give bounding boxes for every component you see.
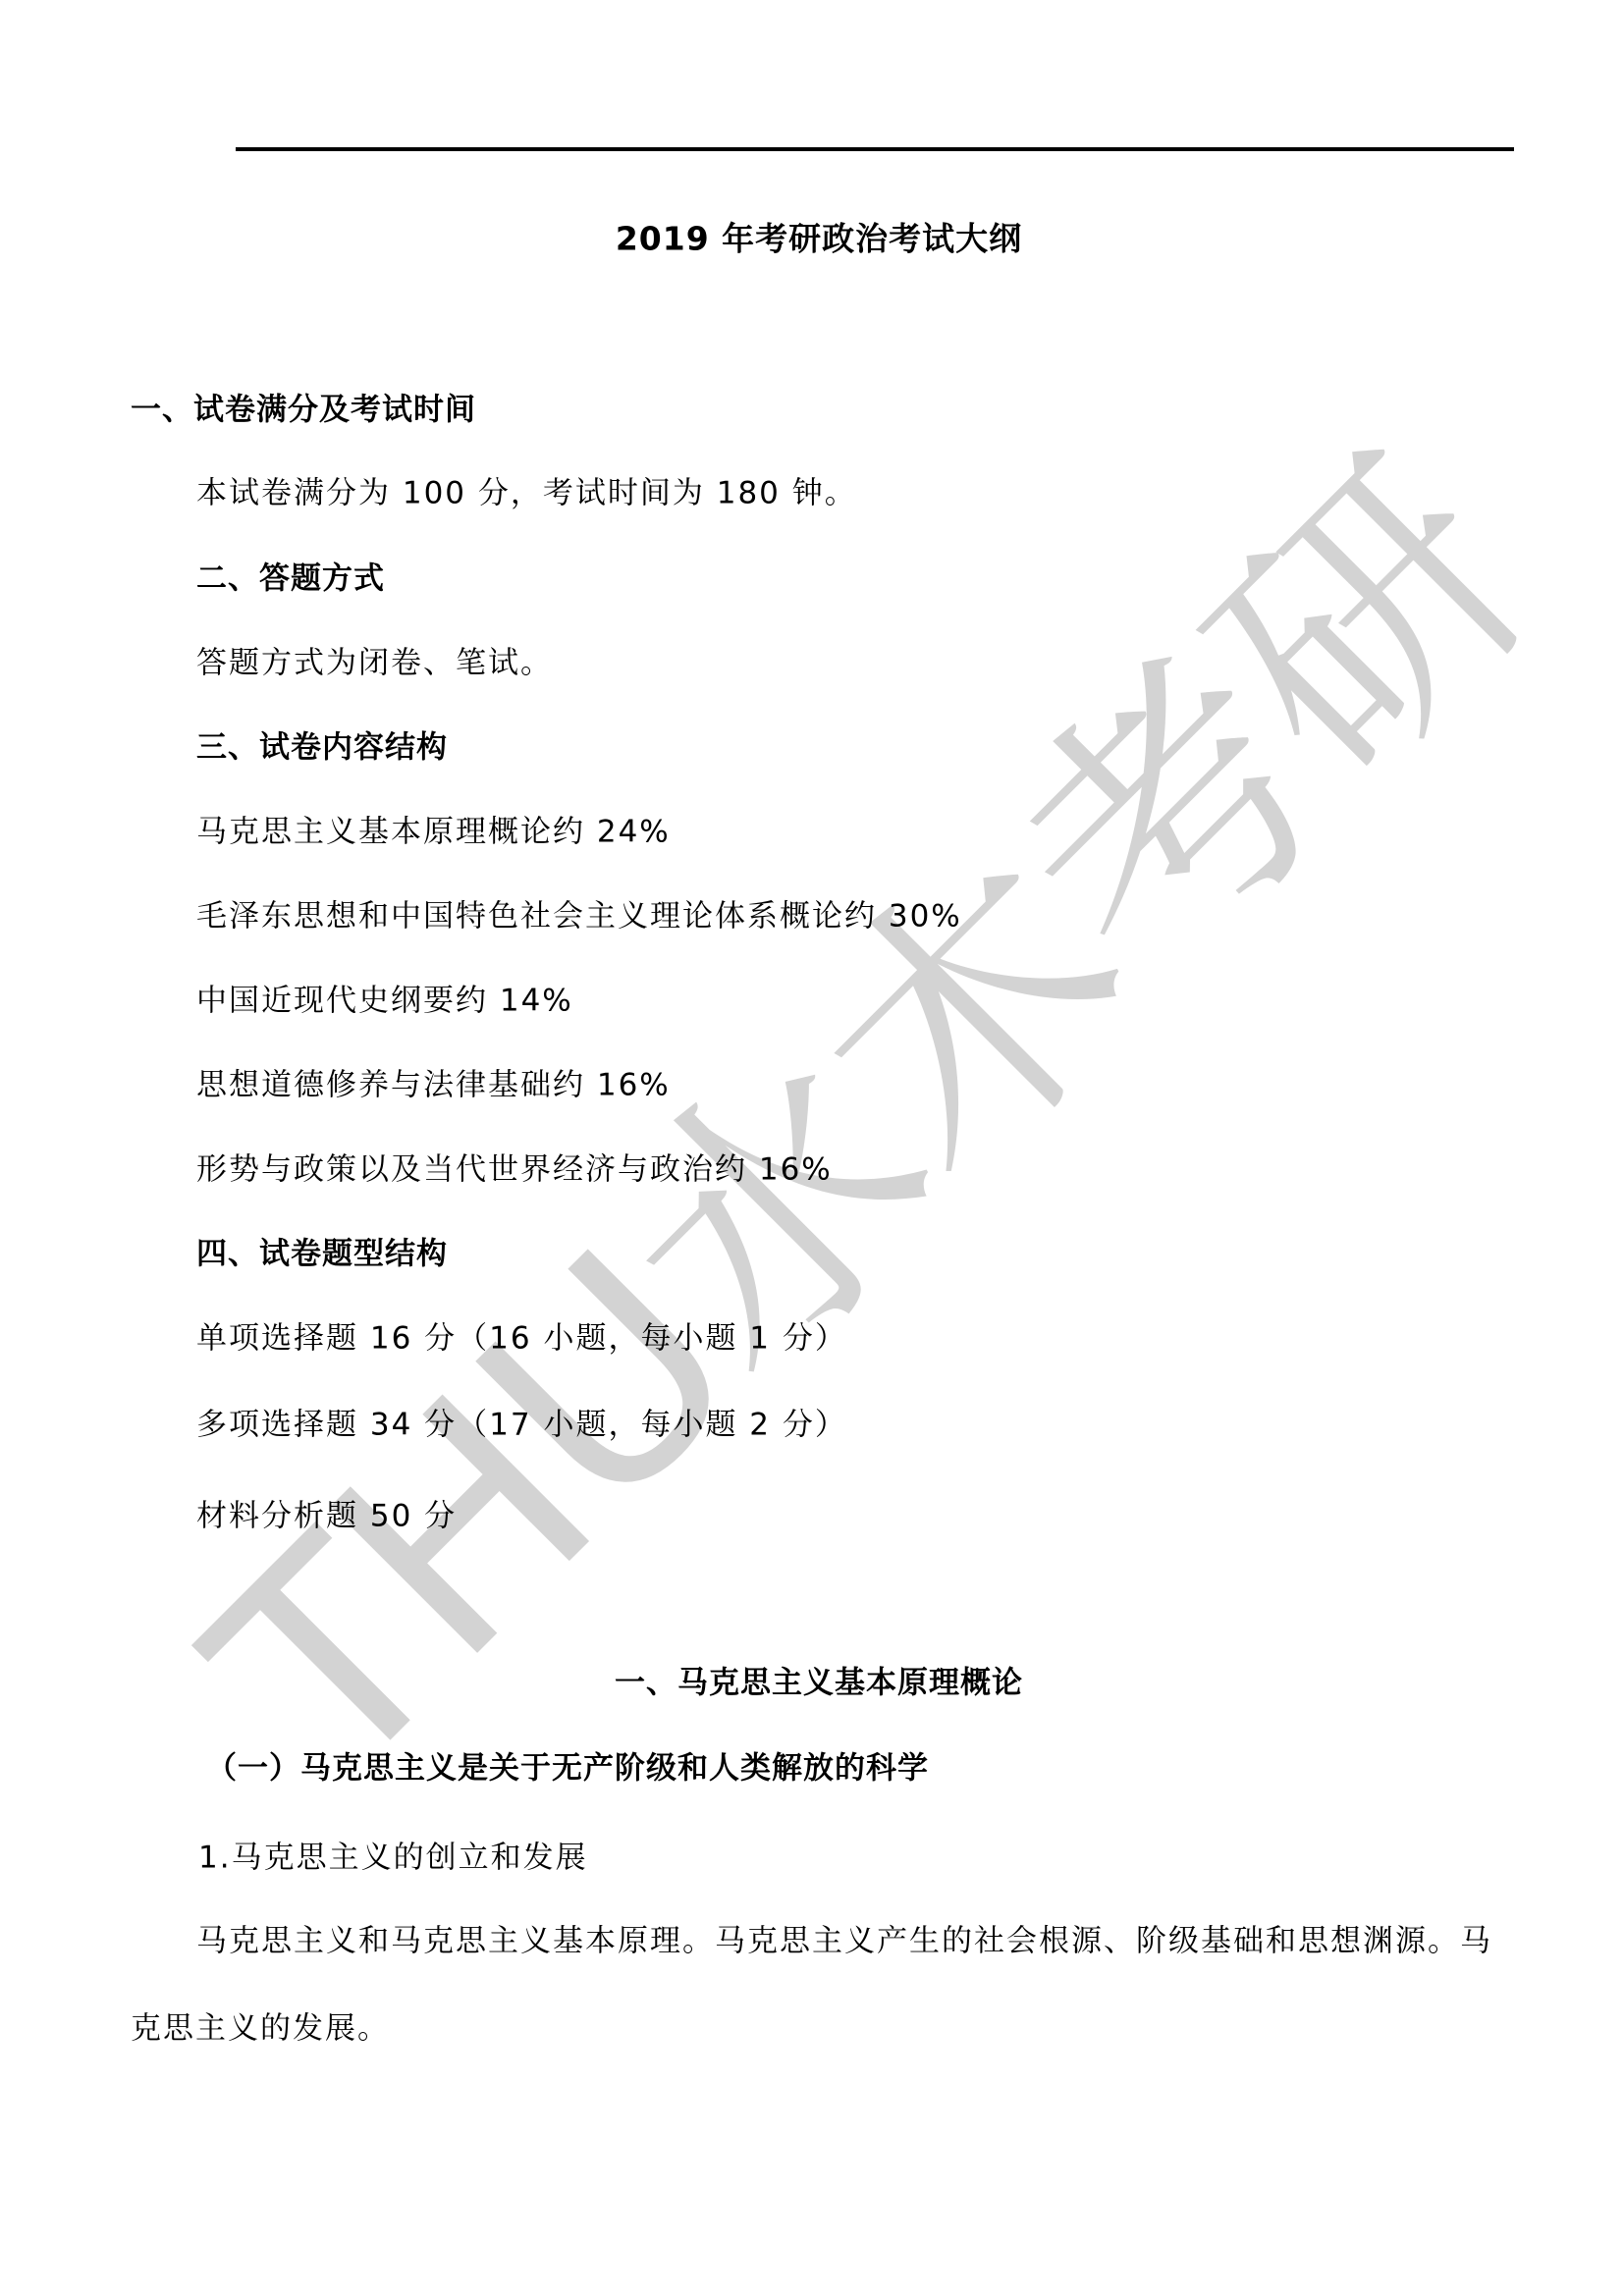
- section-body-exam-score-time: 本试卷满分为 100 分，考试时间为 180 钟。: [196, 479, 857, 509]
- section-heading-question-types: 四、试卷题型结构: [196, 1240, 448, 1270]
- section-body-answer-method: 答题方式为闭卷、笔试。: [196, 649, 553, 679]
- paragraph-line: 克思主义的发展。: [131, 2014, 390, 2045]
- content-structure-item: 思想道德修养与法律基础约 16%: [196, 1071, 671, 1101]
- content-structure-item: 马克思主义基本原理概论约 24%: [196, 818, 671, 848]
- section-heading-answer-method: 二、答题方式: [196, 564, 385, 595]
- section-heading-content-structure: 三、试卷内容结构: [196, 733, 448, 764]
- question-type-item: 多项选择题 34 分（17 小题，每小题 2 分）: [196, 1411, 847, 1441]
- header-rule-divider: [236, 147, 1514, 151]
- question-type-item: 材料分析题 50 分: [196, 1502, 457, 1532]
- question-type-item: 单项选择题 16 分（16 小题，每小题 1 分）: [196, 1324, 847, 1355]
- content-structure-item: 形势与政策以及当代世界经济与政治约 16%: [196, 1155, 833, 1186]
- watermark-text: THU水木考研: [169, 424, 1568, 1823]
- part-heading-marxism-principles: 一、马克思主义基本原理概论: [615, 1669, 1023, 1699]
- content-structure-item: 毛泽东思想和中国特色社会主义理论体系概论约 30%: [196, 902, 962, 933]
- document-title: 2019 年考研政治考试大纲: [616, 223, 1022, 255]
- paragraph-line: 马克思主义和马克思主义基本原理。马克思主义产生的社会根源、阶级基础和思想渊源。马: [196, 1927, 1492, 1957]
- document-page: THU水木考研 2019 年考研政治考试大纲 一、试卷满分及考试时间 本试卷满分…: [0, 0, 1624, 2296]
- section-heading-exam-score-time: 一、试卷满分及考试时间: [131, 396, 476, 426]
- topic-heading: 1.马克思主义的创立和发展: [198, 1843, 588, 1874]
- content-structure-item: 中国近现代史纲要约 14%: [196, 987, 573, 1017]
- subheading-marxism-science: （一）马克思主义是关于无产阶级和人类解放的科学: [206, 1754, 929, 1785]
